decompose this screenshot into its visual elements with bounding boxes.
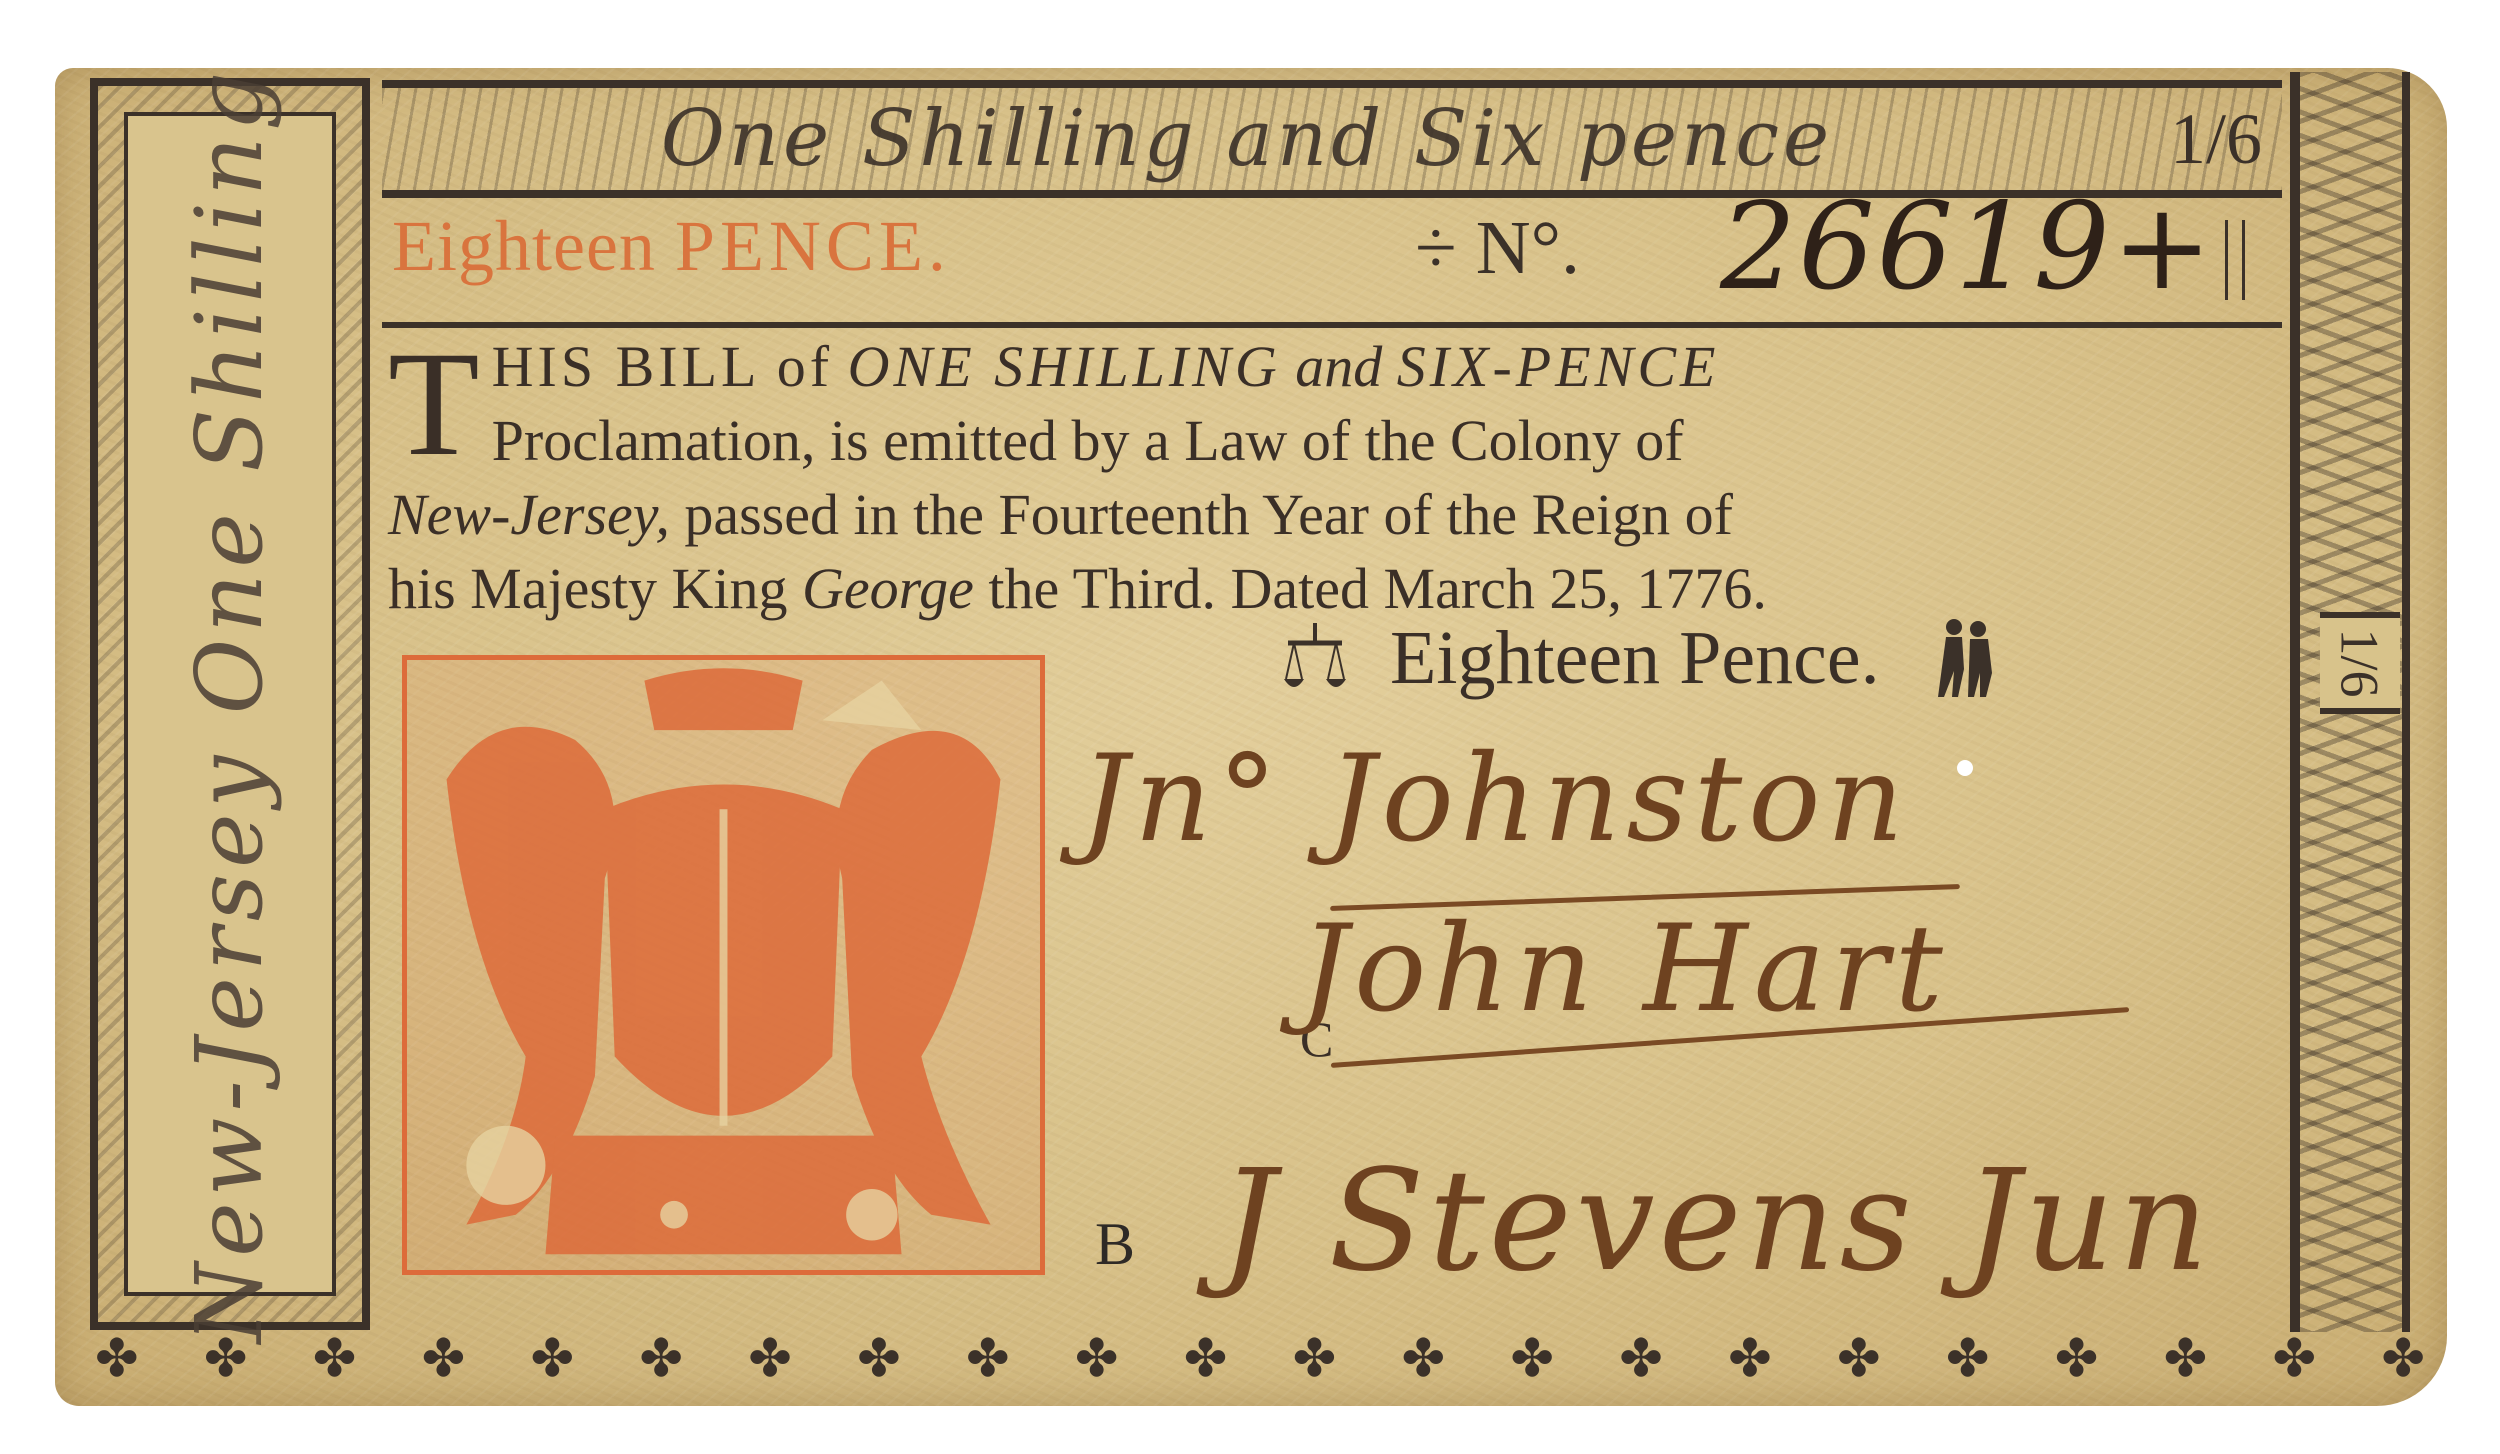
- rosette-icon: ✤: [313, 1334, 357, 1386]
- right-value-cartouche: 1/6: [2320, 612, 2400, 714]
- serial-prefix: ÷ N°.: [1415, 205, 1580, 292]
- scales-icon: [1280, 613, 1350, 703]
- royal-coat-of-arms: [402, 655, 1045, 1275]
- rosette-icon: ✤: [1402, 1334, 1446, 1386]
- rosette-icon: ✤: [2055, 1334, 2099, 1386]
- proclamation-text: T HIS BILL of ONE SHILLING and SIX-PENCE…: [388, 330, 2288, 626]
- bottom-rosette-border: ✤✤✤✤✤✤✤✤✤✤✤✤✤✤✤✤✤✤✤✤✤✤: [95, 1330, 2425, 1390]
- rosette-icon: ✤: [1075, 1334, 1119, 1386]
- denomination-word: Eighteen: [392, 206, 656, 286]
- rosette-icon: ✤: [1293, 1334, 1337, 1386]
- denomination-caps: PENCE.: [675, 206, 951, 286]
- left-ornamental-border: New-Jersey One Shilling: [90, 78, 370, 1330]
- body-line-1: HIS BILL of ONE SHILLING and SIX-PENCE: [388, 330, 2288, 404]
- serial-bars-ornament: [2225, 220, 2245, 300]
- top-band-value: 1/6: [2112, 98, 2282, 181]
- left-border-script: New-Jersey One Shilling: [177, 65, 284, 1342]
- left-border-panel: New-Jersey One Shilling: [124, 112, 336, 1296]
- rosette-icon: ✤: [204, 1334, 248, 1386]
- rosette-icon: ✤: [2381, 1334, 2425, 1386]
- rosette-icon: ✤: [1510, 1334, 1554, 1386]
- rosette-icon: ✤: [639, 1334, 683, 1386]
- rosette-icon: ✤: [2164, 1334, 2208, 1386]
- rosette-icon: ✤: [1728, 1334, 1772, 1386]
- rosette-icon: ✤: [748, 1334, 792, 1386]
- rosette-icon: ✤: [1946, 1334, 1990, 1386]
- value-line-row: Eighteen Pence.: [1280, 608, 2000, 708]
- body-line-2: Proclamation, is emitted by a Law of the…: [388, 404, 2288, 478]
- rosette-icon: ✤: [857, 1334, 901, 1386]
- rosette-icon: ✤: [966, 1334, 1010, 1386]
- series-letter: B: [1095, 1210, 1135, 1279]
- top-band-script: One Shilling and Six pence: [382, 94, 2112, 184]
- rosette-icon: ✤: [1837, 1334, 1881, 1386]
- value-line: Eighteen Pence.: [1390, 615, 1880, 702]
- figure-icon: [1930, 613, 2000, 703]
- signature-stevens: J Stevens Jun: [1220, 1140, 2213, 1303]
- denomination-red: Eighteen PENCE.: [392, 205, 951, 288]
- rosette-icon: ✤: [422, 1334, 466, 1386]
- rosette-icon: ✤: [95, 1334, 139, 1386]
- serial-number: 26619+: [1720, 178, 2214, 317]
- rosette-icon: ✤: [2273, 1334, 2317, 1386]
- header-rule: [382, 322, 2282, 328]
- paper-hole: [1957, 760, 1973, 776]
- right-ornamental-border: 1/6: [2290, 72, 2410, 1332]
- signature-hart: John Hart: [1300, 900, 1949, 1039]
- right-border-value: 1/6: [2329, 628, 2391, 697]
- rosette-icon: ✤: [1184, 1334, 1228, 1386]
- rosette-icon: ✤: [531, 1334, 575, 1386]
- rosette-icon: ✤: [1619, 1334, 1663, 1386]
- drop-cap: T: [388, 334, 480, 474]
- body-line-3: New-Jersey, passed in the Fourteenth Yea…: [388, 478, 2288, 552]
- signature-johnston: Jn° Johnston: [1080, 730, 1910, 869]
- coat-of-arms-icon: [407, 660, 1040, 1270]
